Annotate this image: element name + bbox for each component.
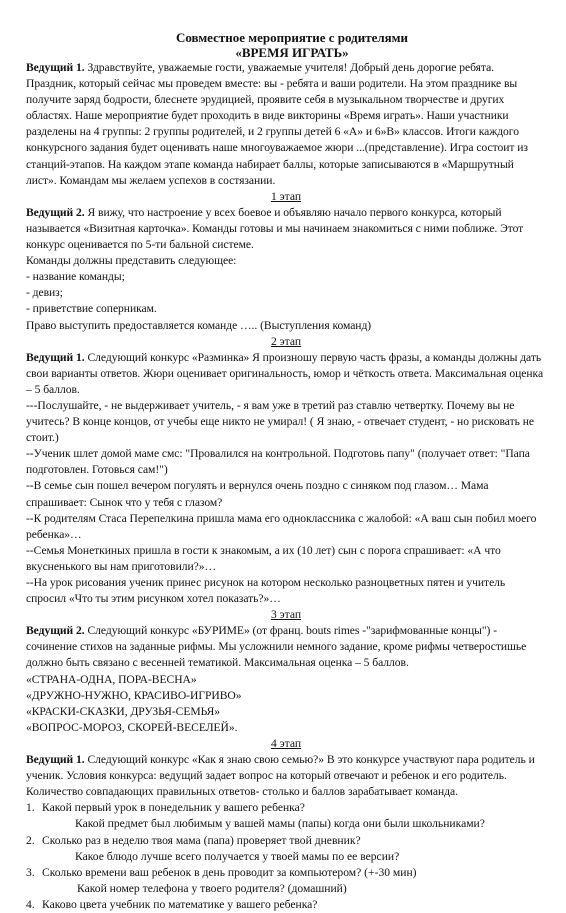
phrase-item: --К родителям Стаса Перепелкина пришла м… (26, 511, 546, 543)
paragraph-text: Следующий конкурс «БУРИМЕ» (от франц. bo… (26, 624, 526, 669)
rhyme-item: «СТРАНА-ОДНА, ПОРА-ВЕСНА» (26, 672, 546, 688)
speaker-label: Ведущий 1. (26, 61, 85, 74)
speaker-label: Ведущий 2. (26, 206, 85, 219)
stage-4-paragraph: Ведущий 1. Следующий конкурс «Как я знаю… (26, 752, 546, 800)
paragraph-text: Следующий конкурс «Разминка» Я произношу… (26, 351, 543, 396)
paragraph-text: Здравствуйте, уважаемые гости, уважаемые… (26, 61, 528, 187)
speaker-label: Ведущий 1. (26, 753, 85, 766)
text-line: Команды должны представить следующее: (26, 253, 546, 269)
stage-heading-4: 4 этап (26, 736, 546, 752)
text-line: Право выступить предоставляется команде … (26, 318, 546, 334)
rhyme-item: «КРАСКИ-СКАЗКИ, ДРУЗЬЯ-СЕМЬЯ» (26, 704, 546, 720)
list-item: - название команды; (26, 269, 546, 285)
stage-1-paragraph: Ведущий 2. Я вижу, что настроение у всех… (26, 205, 546, 253)
phrase-item: --Ученик шлет домой маме смс: "Провалилс… (26, 446, 546, 478)
document-page: Совместное мероприятие с родителями «ВРЕ… (26, 30, 546, 800)
intro-paragraph: Ведущий 1. Здравствуйте, уважаемые гости… (26, 60, 546, 189)
title-line-1: Совместное мероприятие с родителями (38, 30, 546, 45)
phrase-item: --В семье сын пошел вечером погулять и в… (26, 478, 546, 510)
phrase-item: --Семья Монеткиных пришла в гости к знак… (26, 543, 546, 575)
stage-3-paragraph: Ведущий 2. Следующий конкурс «БУРИМЕ» (о… (26, 623, 546, 671)
title-line-2: «ВРЕМЯ ИГРАТЬ» (38, 45, 546, 60)
paragraph-text: Я вижу, что настроение у всех боевое и о… (26, 206, 523, 251)
phrase-item: ---Послушайте, - не выдерживает учитель,… (26, 398, 546, 446)
rhyme-item: «ВОПРОС-МОРОЗ, СКОРЕЙ-ВЕСЕЛЕЙ». (26, 720, 546, 736)
paragraph-text: Следующий конкурс «Как я знаю свою семью… (26, 753, 535, 798)
stage-heading-2: 2 этап (26, 334, 546, 350)
list-item: - приветствие соперникам. (26, 301, 546, 317)
stage-heading-1: 1 этап (26, 189, 546, 205)
rhyme-item: «ДРУЖНО-НУЖНО, КРАСИВО-ИГРИВО» (26, 688, 546, 704)
speaker-label: Ведущий 2. (26, 624, 85, 637)
list-item: - девиз; (26, 285, 546, 301)
phrase-item: --На урок рисования ученик принес рисуно… (26, 575, 546, 607)
speaker-label: Ведущий 1. (26, 351, 85, 364)
stage-2-paragraph: Ведущий 1. Следующий конкурс «Разминка» … (26, 350, 546, 398)
stage-heading-3: 3 этап (26, 607, 546, 623)
document-title: Совместное мероприятие с родителями «ВРЕ… (38, 30, 546, 60)
